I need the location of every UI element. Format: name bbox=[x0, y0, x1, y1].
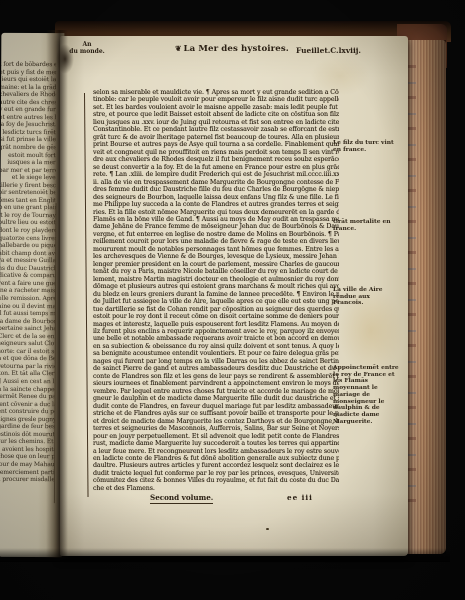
text-line: dōmage et plusieurs autres qui estoient … bbox=[93, 283, 339, 290]
text-line: dre aux chevaliers de Rhodes desquelz il… bbox=[93, 156, 339, 163]
margin-rule bbox=[84, 93, 89, 497]
text-line: se deust convertir a la foy. Et de la fu… bbox=[93, 164, 339, 171]
bottom-shadow bbox=[0, 548, 450, 562]
text-line: dudit conte de Flandres, en faveur duque… bbox=[93, 403, 339, 410]
running-title: ❦La Mer des hystoires. bbox=[156, 44, 308, 54]
body-text: selon sa miserable et mauldicte vie. ¶ A… bbox=[93, 89, 339, 497]
volume-label: Second volume. bbox=[150, 493, 213, 504]
text-line: une belle et notable ambassade requerans… bbox=[93, 335, 339, 342]
text-line: lement, maistre Martin magistri docteur … bbox=[93, 276, 339, 283]
text-line: en ladicte conte de Flandres & fut dōnē … bbox=[93, 455, 339, 462]
text-line: dame Jehāne de France femme de mōseigneu… bbox=[93, 223, 339, 230]
text-line: lieu jusques au .xxv. iour de Juing quil… bbox=[93, 119, 339, 126]
text-line: tinoble: car le peuple vouloit avoir pou… bbox=[93, 96, 339, 103]
text-line: et droict de madicte dame Marguerite les… bbox=[93, 418, 339, 425]
text-line: sieurs iournees et finablement parvindre… bbox=[93, 380, 339, 387]
gutter-ink-blot bbox=[56, 44, 74, 74]
text-line: a leur feue mere. Et recongneurent lors … bbox=[93, 448, 339, 455]
text-line: me Philippe luy succeda a la conte de Fl… bbox=[93, 201, 339, 208]
margin-note-turc: Le filz du turc vint en france. bbox=[333, 140, 399, 153]
text-line: ii. alla de vie en trespassement dame Ma… bbox=[93, 179, 339, 186]
text-line: dudit traicte lequel fut conferme par le… bbox=[93, 470, 339, 477]
text-line: lenger premier president en la court de … bbox=[93, 261, 339, 268]
text-line: de sainct Pierre de gand et autres ambas… bbox=[93, 365, 339, 372]
main-page: An du monde. ❦La Mer des hystoires. Fuei… bbox=[60, 36, 408, 556]
text-line: cōmunitez des citez & bonnes Villes du r… bbox=[93, 477, 339, 484]
gutter-shadow bbox=[46, 30, 68, 558]
margin-note-aire: La ville de Aire rendue aux Francois. bbox=[333, 287, 399, 307]
margin-note-mortalite: Grāt mortalite en france. bbox=[333, 219, 399, 232]
text-line: estoit pour le roy dont il receut cōme o… bbox=[93, 313, 339, 320]
text-line: moururent moult de notables personnages … bbox=[93, 246, 339, 253]
text-line: en sa subiection & obeissance du roy ain… bbox=[93, 343, 339, 350]
text-line: reillement couroit pour lors une maladie… bbox=[93, 238, 339, 245]
text-line: stre, et pource que ledit Baisset estoit… bbox=[93, 111, 339, 118]
text-line: print Bourse et autres pays de Asye quil… bbox=[93, 141, 339, 148]
text-line: mages et interestz, laquelle puis espous… bbox=[93, 321, 339, 328]
text-line: Flamēs en la bōne ville de Gand. ¶ Aussi… bbox=[93, 216, 339, 223]
text-line: rete. ¶ Lan .xliii. de lempire dudit Fre… bbox=[93, 171, 339, 178]
text-line: selon sa miserable et mauldicte vie. ¶ A… bbox=[93, 89, 339, 96]
text-line: tue dartillerie se fist de Cohan rendit … bbox=[93, 306, 339, 313]
text-line: tenāt du roy a Paris, maistre Nicole bat… bbox=[93, 268, 339, 275]
ink-speck bbox=[266, 528, 269, 530]
text-line: striche et de Flandres ayās sur ce suffi… bbox=[93, 410, 339, 417]
text-line: ilz furent plus enclins a requerir appoi… bbox=[93, 328, 339, 335]
text-line: terres et seigneuries de Masconnois, Auf… bbox=[93, 425, 339, 432]
signature-mark: ee iii bbox=[287, 493, 313, 502]
text-line: pour en jouyr perpetuellement. Et sil ad… bbox=[93, 433, 339, 440]
text-line: veit et congneut quil ne prouffitoit en … bbox=[93, 149, 339, 156]
margin-note-appoinctement: Appoinctemēt entre le roy de France et l… bbox=[333, 365, 399, 425]
text-line: nages qui furent par long temps en la vi… bbox=[93, 358, 339, 365]
text-line: Constantinoble. Et ce pendant lautre fil… bbox=[93, 126, 339, 133]
text-line: gneur le daulphin et de madicte dame Mar… bbox=[93, 395, 339, 402]
text-line: du bledz en leurs greniers durant la fam… bbox=[93, 291, 339, 298]
book-photo: t fort de bōbardes et leet puis y fist d… bbox=[0, 0, 465, 600]
fore-edge-shading bbox=[406, 40, 446, 554]
folio-number: Fueillet.C.lxviij. bbox=[296, 46, 361, 55]
text-line: des seigneurs de Bourbon, laquelle laiss… bbox=[93, 194, 339, 201]
text-line: rust, madicte dame Marguerite luy succed… bbox=[93, 440, 339, 447]
text-line: vergne, et fut enterree en leglise de no… bbox=[93, 231, 339, 238]
text-line: che et des Flamens. bbox=[93, 485, 339, 492]
text-line: vembre. Par lequel entre autres choses f… bbox=[93, 388, 339, 395]
running-title-text: La Mer des hystoires. bbox=[184, 44, 289, 54]
text-line: daultre. Plusieurs autres articles y fur… bbox=[93, 462, 339, 469]
text-line: grāt turc & de avoir lheritage paternel … bbox=[93, 134, 339, 141]
text-line: conte de Flandres son filz et les gens d… bbox=[93, 373, 339, 380]
text-line: set. Et les bardes vouloient avoir le ma… bbox=[93, 104, 339, 111]
text-line: ries. Et la fille estoit nōmee Marguerit… bbox=[93, 209, 339, 216]
running-header: ❦La Mer des hystoires. Fueillet.C.lxviij… bbox=[60, 44, 408, 58]
text-line: sa benignite acoustumee entendit voulent… bbox=[93, 350, 339, 357]
text-line: les archevesques de Vienne & de Bourges,… bbox=[93, 253, 339, 260]
text-line: de Juillet fut assiegee la ville de Aire… bbox=[93, 298, 339, 305]
fleuron-icon: ❦ bbox=[175, 44, 181, 53]
text-line: dres femme dudit duc Daustriche fille du… bbox=[93, 186, 339, 193]
